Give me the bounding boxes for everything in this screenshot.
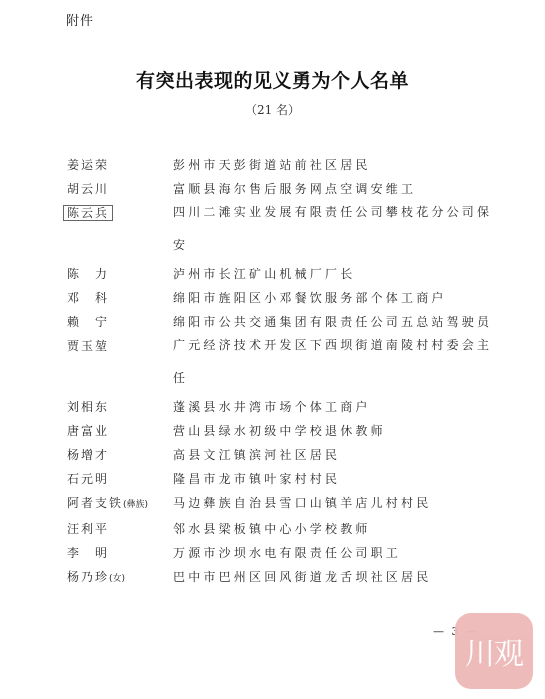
person-name: 李 明 [67, 541, 173, 565]
person-description: 蓬溪县水井湾市场个体工商户 [173, 395, 497, 419]
person-description: 广元经济技术开发区下西坝街道南陵村村委会主任 [173, 329, 497, 395]
person-name: 赖 宁 [67, 310, 173, 334]
list-item: 姜运荣 彭州市天彭街道站前社区居民 [67, 153, 497, 177]
list-item: 刘相东 蓬溪县水井湾市场个体工商户 [67, 395, 497, 419]
person-name: 邓 科 [67, 286, 173, 310]
person-description: 四川二滩实业发展有限责任公司攀枝花分公司保安 [173, 196, 497, 262]
list-item: 阿者支铁(彝族) 马边彝族自治县雪口山镇羊店儿村村民 [67, 491, 497, 517]
person-description: 巴中市巴州区回风街道龙舌坝社区居民 [173, 565, 497, 589]
person-name: 杨增才 [67, 443, 173, 467]
ethnicity-note: (彝族) [123, 500, 148, 510]
list-item: 陈 力 泸州市长江矿山机械厂厂长 [67, 262, 497, 286]
person-name: 姜运荣 [67, 153, 173, 177]
person-name: 杨乃珍(女) [67, 565, 173, 591]
person-name: 阿者支铁(彝族) [67, 491, 173, 517]
person-name: 胡云川 [67, 177, 173, 201]
person-name: 唐富业 [67, 419, 173, 443]
gender-note: (女) [109, 574, 125, 584]
person-name: 石元明 [67, 467, 173, 491]
list-item: 杨乃珍(女) 巴中市巴州区回风街道龙舌坝社区居民 [67, 565, 497, 591]
person-description: 隆昌市龙市镇叶家村村民 [173, 467, 497, 491]
person-description: 高县文江镇滨河社区居民 [173, 443, 497, 467]
chuanguan-watermark-logo: 川观 [455, 613, 533, 689]
document-count: （21 名） [0, 101, 545, 118]
list-item: 李 明 万源市沙坝水电有限责任公司职工 [67, 541, 497, 565]
name-highlight-box: 陈云兵 [63, 205, 113, 221]
person-name: 陈云兵 [67, 201, 173, 225]
person-description: 营山县绿水初级中学校退休教师 [173, 419, 497, 443]
list-item: 贾玉堃 广元经济技术开发区下西坝街道南陵村村委会主任 [67, 334, 497, 395]
person-description: 万源市沙坝水电有限责任公司职工 [173, 541, 497, 565]
person-description: 马边彝族自治县雪口山镇羊店儿村村民 [173, 491, 497, 515]
list-item: 邓 科 绵阳市旌阳区小邓餐饮服务部个体工商户 [67, 286, 497, 310]
document-title: 有突出表现的见义勇为个人名单 [0, 66, 545, 93]
person-description: 彭州市天彭街道站前社区居民 [173, 153, 497, 177]
people-list: 姜运荣 彭州市天彭街道站前社区居民 胡云川 富顺县海尔售后服务网点空调安维工 陈… [67, 153, 497, 591]
person-name: 贾玉堃 [67, 334, 173, 358]
person-name: 汪利平 [67, 517, 173, 541]
person-description: 绵阳市旌阳区小邓餐饮服务部个体工商户 [173, 286, 497, 310]
person-description: 泸州市长江矿山机械厂厂长 [173, 262, 497, 286]
list-item: 石元明 隆昌市龙市镇叶家村村民 [67, 467, 497, 491]
person-description: 邻水县梁板镇中心小学校教师 [173, 517, 497, 541]
attachment-label: 附件 [66, 10, 94, 29]
person-name: 陈 力 [67, 262, 173, 286]
list-item: 唐富业 营山县绿水初级中学校退休教师 [67, 419, 497, 443]
list-item: 陈云兵 四川二滩实业发展有限责任公司攀枝花分公司保安 [67, 201, 497, 262]
watermark-text: 川观 [465, 629, 523, 673]
person-name: 刘相东 [67, 395, 173, 419]
list-item: 杨增才 高县文江镇滨河社区居民 [67, 443, 497, 467]
list-item: 汪利平 邻水县梁板镇中心小学校教师 [67, 517, 497, 541]
